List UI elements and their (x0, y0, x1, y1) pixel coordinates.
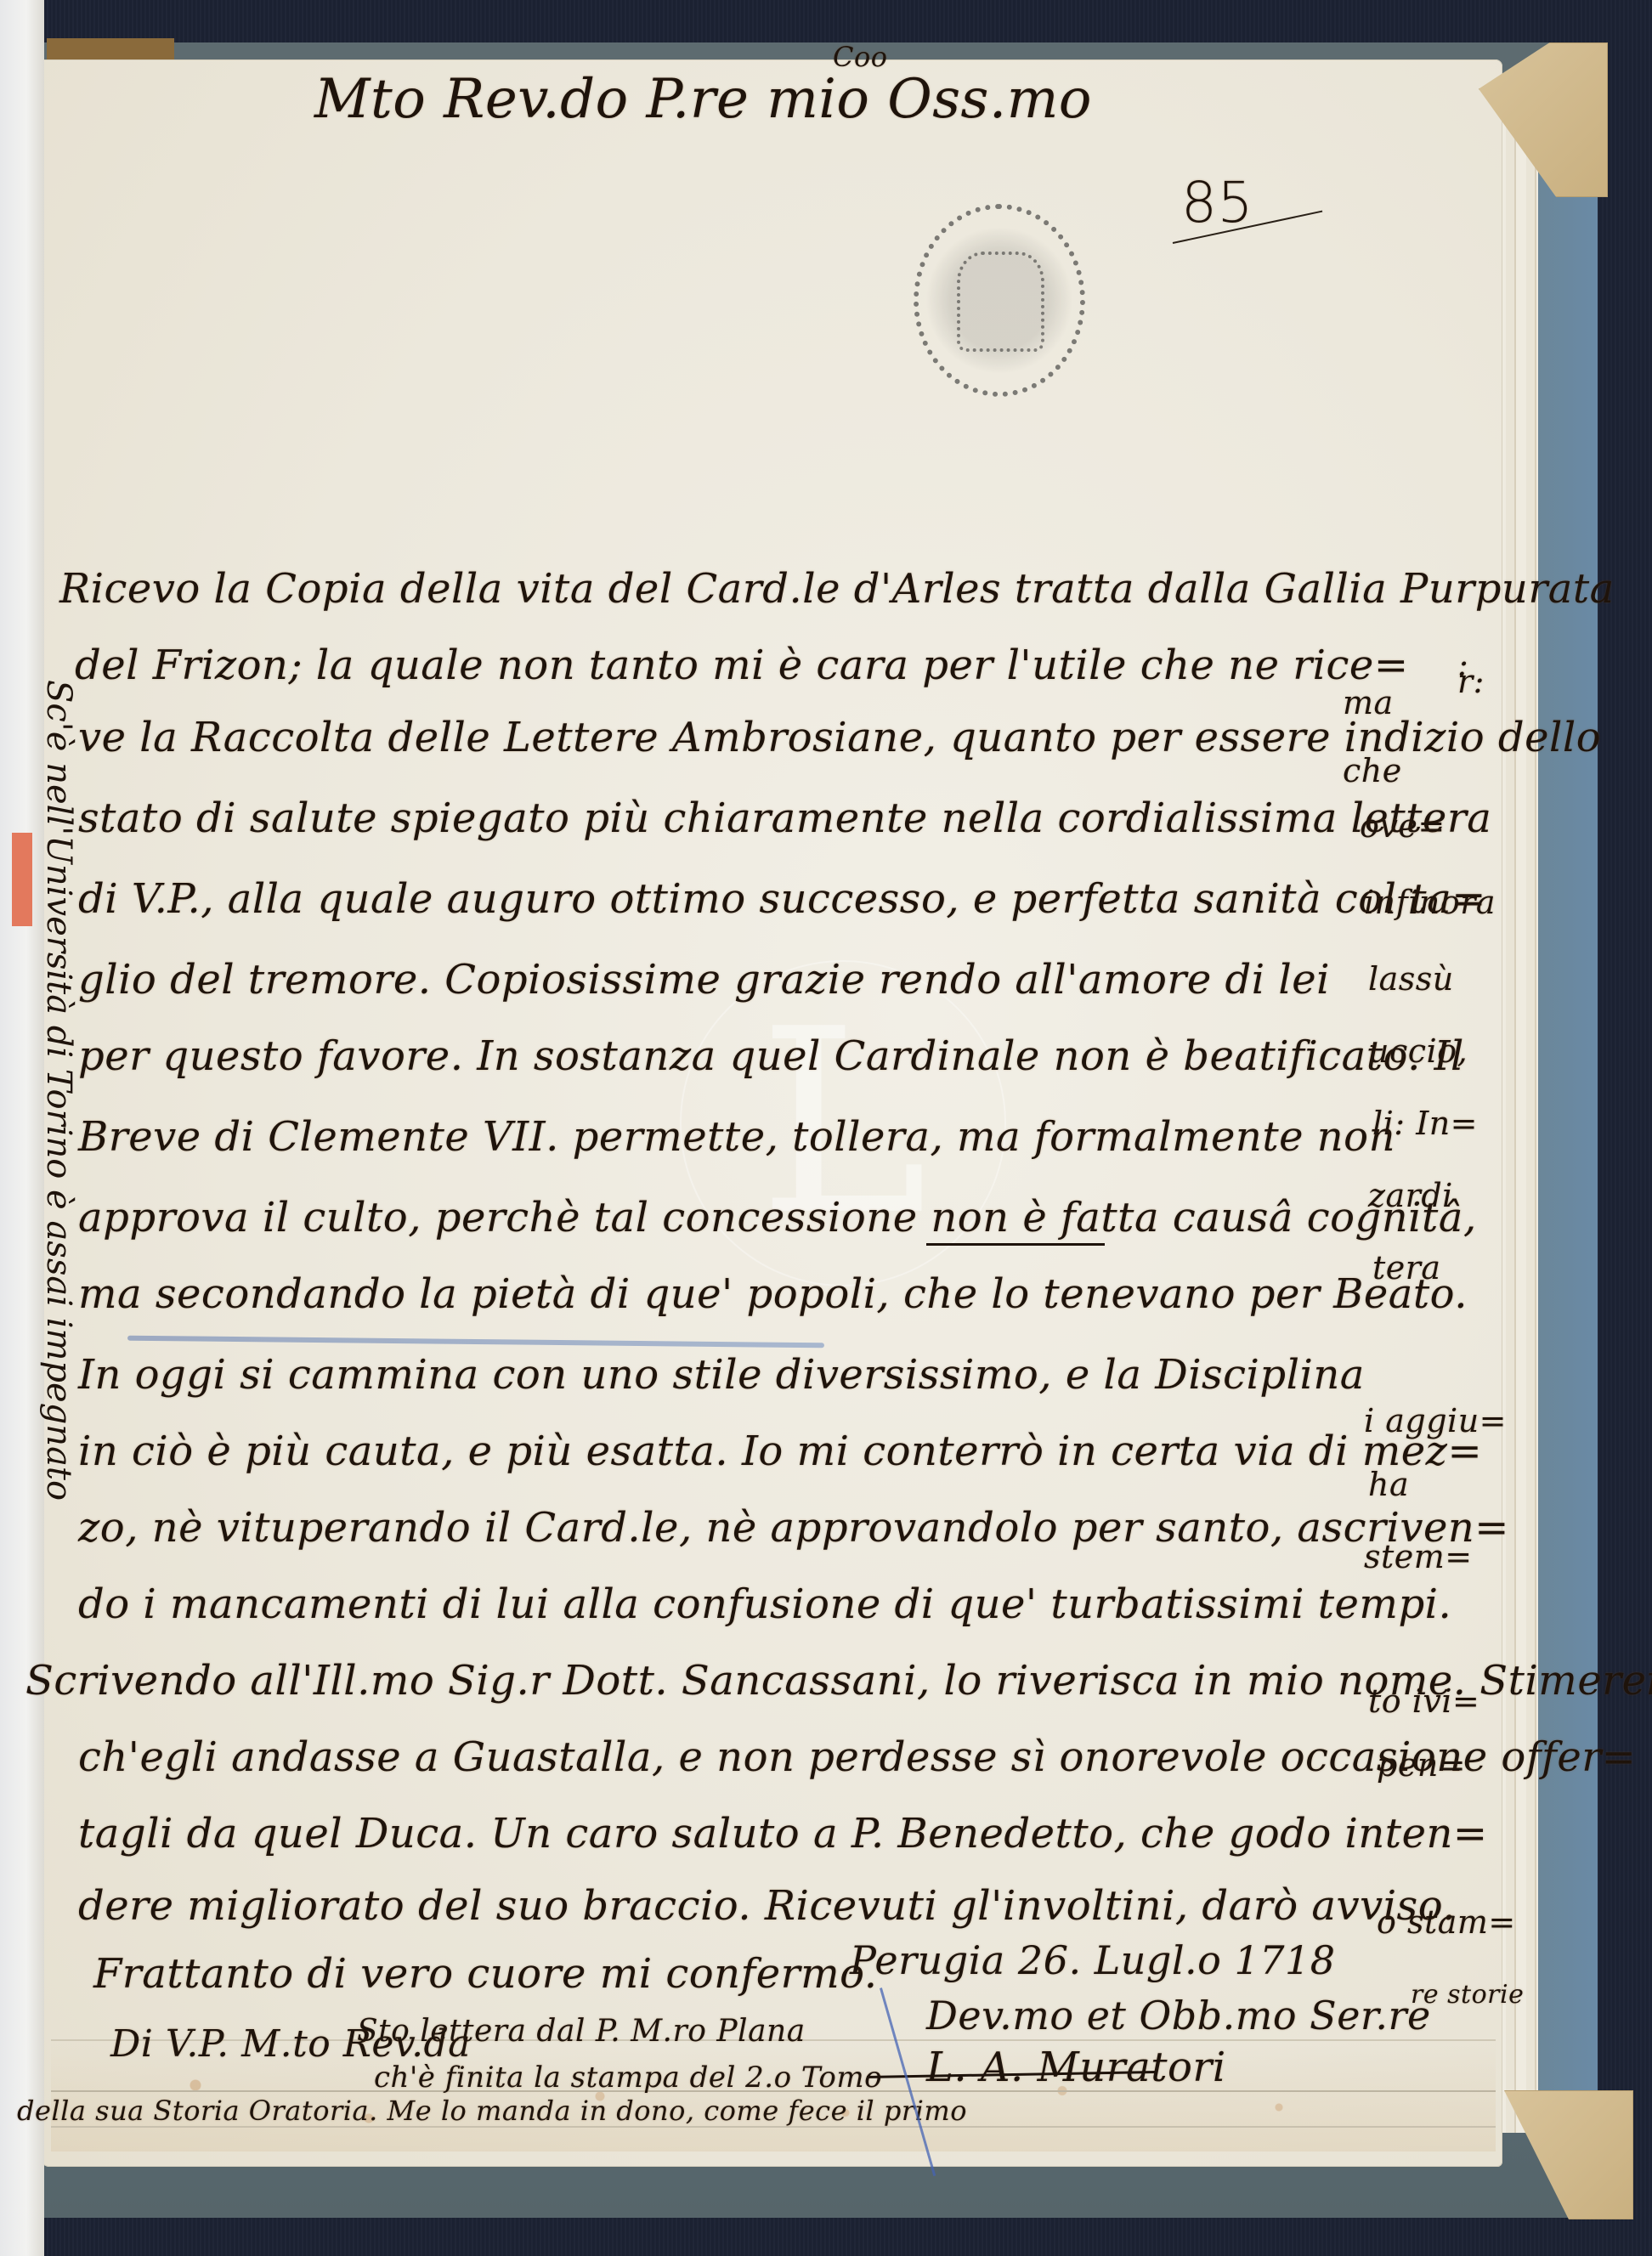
body-line: stato di salute spiegato più chiaramente… (78, 794, 1491, 842)
place-date: Perugia 26. Lugl.o 1718 (850, 1937, 1336, 1983)
margin-fragment: pen= (1377, 1746, 1466, 1784)
body-line: glio del tremore. Copiosissime grazie re… (78, 956, 1330, 1004)
body-line: del Frizon; la quale non tanto mi è cara… (75, 642, 1409, 689)
complimentary-close: Dev.mo et Obb.mo Ser.re (926, 1993, 1431, 2038)
body-line: dere migliorato del suo braccio. Ricevut… (78, 1882, 1456, 1930)
body-line: Ricevo la Copia della vita del Card.le d… (59, 565, 1615, 613)
stamp-emblem (957, 252, 1044, 352)
body-line: Frattanto di vero cuore mi confermo. (93, 1950, 877, 1998)
folio-number: 85 (1181, 170, 1253, 235)
red-marker-tab (12, 833, 32, 926)
body-line: tagli da quel Duca. Un caro saluto a P. … (78, 1810, 1488, 1857)
underline-causa-cognita (926, 1243, 1105, 1246)
body-line: Breve di Clemente VII. permette, tollera… (78, 1113, 1395, 1161)
binding-gutter (0, 0, 44, 2256)
left-margin-note: Sc'è nell'Università di Torino è assai i… (39, 680, 78, 1501)
body-line: per questo favore. In sostanza quel Card… (78, 1032, 1464, 1080)
margin-fragment: re storie (1411, 1980, 1524, 2010)
margin-fragment: lassù (1368, 960, 1454, 998)
postscript-note-3: della sua Storia Oratoria. Me lo manda i… (17, 2095, 967, 2127)
margin-fragment: zardi (1368, 1177, 1453, 1214)
body-line: approva il culto, perchè tal concessione… (78, 1194, 1477, 1241)
margin-fragment: ma (1343, 684, 1394, 721)
library-stamp-icon (914, 204, 1085, 397)
margin-fragment: che (1343, 752, 1402, 789)
signature: L. A. Muratori (926, 2044, 1226, 2091)
body-line: in ciò è più cauta, e più esatta. Io mi … (78, 1428, 1482, 1475)
body-line: zo, nè vituperando il Card.le, nè approv… (78, 1504, 1509, 1552)
postscript-note-2: ch'è finita la stampa del 2.o Tomo (374, 2061, 882, 2095)
margin-fragment: tera (1372, 1249, 1441, 1286)
margin-fragment: o stam= (1377, 1903, 1516, 1941)
margin-fragment: li: In= (1372, 1105, 1478, 1142)
margin-fragment: stem= (1364, 1538, 1473, 1575)
margin-fragment: i aggiu= (1364, 1402, 1507, 1439)
body-line: do i mancamenti di lui alla confusione d… (78, 1580, 1451, 1628)
body-line: di V.P., alla quale auguro ottimo succes… (78, 875, 1486, 923)
margin-fragment: to ivi= (1368, 1682, 1479, 1720)
salutation-superscript: Coo (833, 41, 888, 73)
body-line: In oggi si cammina con uno stile diversi… (78, 1351, 1365, 1399)
margin-fragment: ove= (1360, 807, 1445, 845)
salutation: Mto Rev.do P.re mio Oss.mo (314, 68, 1092, 131)
postscript-note-1: Sto lettera dal P. M.ro Plana (357, 2014, 806, 2049)
margin-fragment: r: (1457, 663, 1485, 700)
margin-fragment: infinora (1364, 884, 1496, 921)
margin-fragment: uccio, (1368, 1032, 1468, 1070)
margin-fragment: ha (1368, 1466, 1409, 1503)
mount-right-strip (1530, 119, 1598, 2090)
body-line: ma secondando la pietà di que' popoli, c… (78, 1270, 1468, 1318)
